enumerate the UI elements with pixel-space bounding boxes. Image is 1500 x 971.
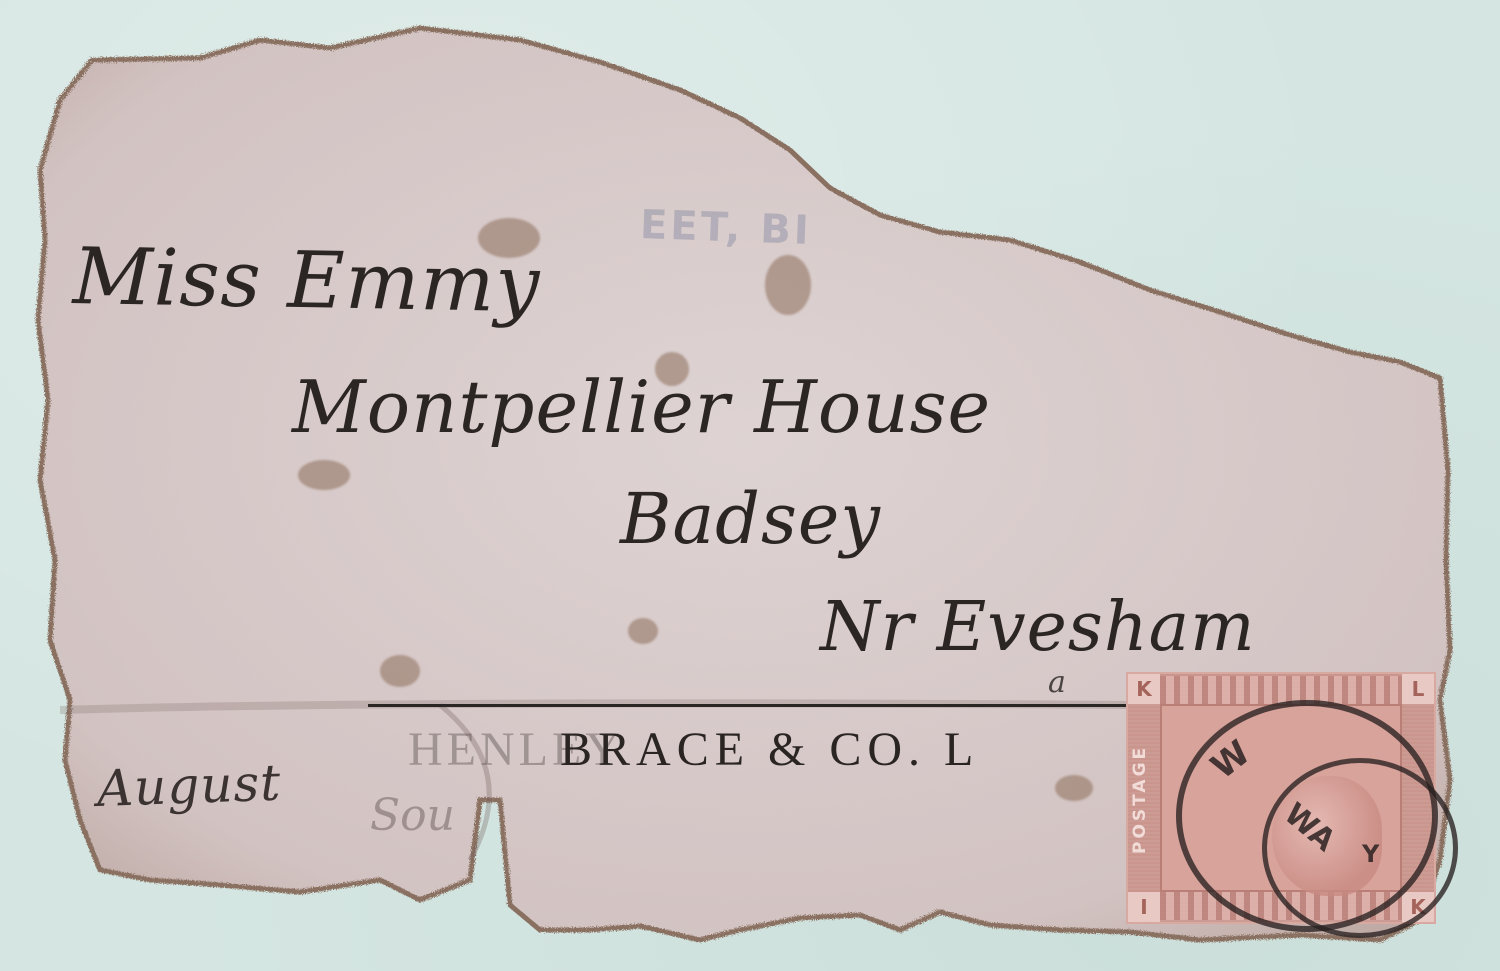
postmark-text: Y bbox=[1362, 840, 1379, 868]
faint-cachet-text: EET, BI bbox=[639, 202, 812, 254]
stain bbox=[628, 618, 658, 644]
faint-lower-text: Sou bbox=[370, 790, 455, 841]
stamp-corner-letter: K bbox=[1128, 674, 1160, 704]
address-line-village: Badsey bbox=[620, 478, 881, 560]
printed-company-name: BRACE & CO. L bbox=[560, 722, 979, 777]
stamp-corner-letter: I bbox=[1128, 892, 1160, 922]
address-line-town: Nr Evesham bbox=[820, 588, 1256, 667]
stain bbox=[298, 460, 350, 490]
date-note: August bbox=[96, 754, 282, 818]
envelope-photo: EET, BI Miss Emmy Montpellier House Bads… bbox=[0, 0, 1500, 971]
stain bbox=[380, 655, 420, 687]
address-line-house: Montpellier House bbox=[292, 365, 991, 449]
stain bbox=[1055, 775, 1093, 801]
stamp-corner-letter: L bbox=[1402, 674, 1434, 704]
postmark-circle bbox=[1262, 758, 1458, 938]
stamp-border-top bbox=[1160, 676, 1402, 704]
stain bbox=[765, 255, 811, 315]
small-ink-mark: a bbox=[1048, 665, 1067, 700]
address-line-recipient: Miss Emmy bbox=[72, 232, 541, 330]
printed-rule bbox=[368, 704, 1132, 707]
stamp-side-text: POSTAGE bbox=[1130, 714, 1158, 884]
